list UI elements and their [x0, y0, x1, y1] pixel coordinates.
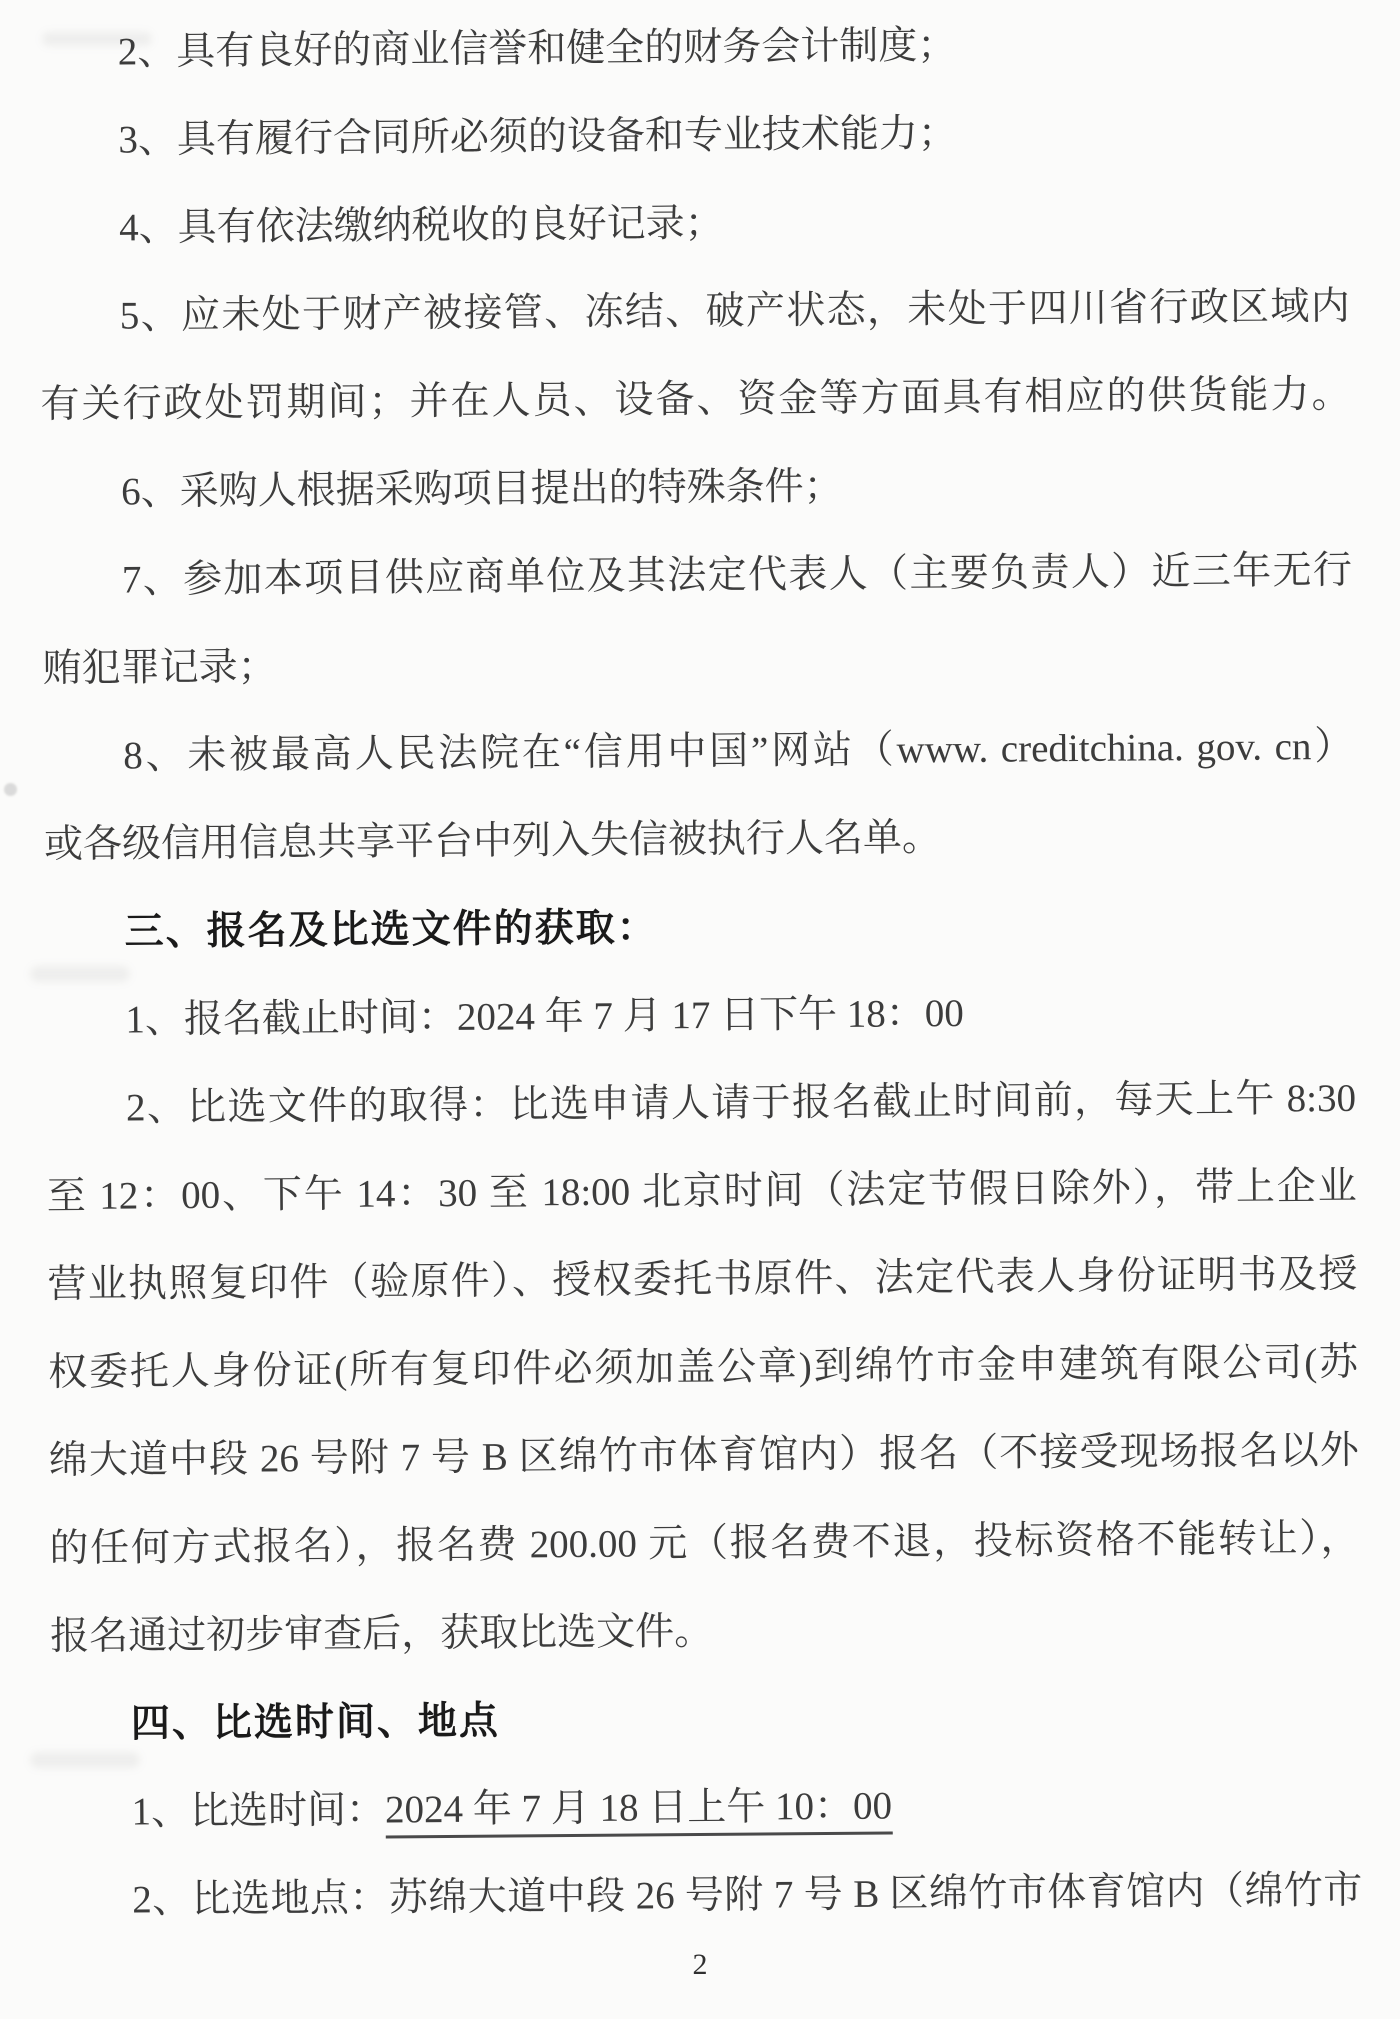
text-segment: 2、具有良好的商业信誉和健全的财务会计制度； [118, 24, 957, 74]
text-line: 8、未被最高人民法院在“信用中国”网站（www. creditchina. go… [43, 703, 1354, 801]
section-4-item-1: 1、比选时间：2024 年 7 月 18 日上午 10：00 [51, 1759, 1362, 1857]
text-segment: 的任何方式报名），报名费 200.00 元（报名费不退，投标资格不能转让）， [49, 1517, 1359, 1570]
text-line: 5、应未处于财产被接管、冻结、破产状态，未处于四川省行政区域内 [39, 263, 1350, 361]
text-segment: 报名通过初步审查后，获取比选文件。 [50, 1610, 713, 1658]
text-segment: 2、比选地点：苏绵大道中段 26 号附 7 号 B 区绵竹市体育馆内（绵竹市 [132, 1869, 1362, 1922]
section-3-item-1: 1、报名截止时间：2024 年 7 月 17 日下午 18：00 [45, 967, 1356, 1065]
underlined-text: 2024 年 7 月 18 日上午 10：00 [385, 1785, 892, 1839]
text-segment: 三、报名及比选文件的获取： [124, 906, 657, 953]
text-line: 的任何方式报名），报名费 200.00 元（报名费不退，投标资格不能转让）， [49, 1495, 1360, 1593]
text-line: 营业执照复印件（验原件）、授权委托书原件、法定代表人身份证明书及授 [47, 1231, 1358, 1329]
text-line: 至 12：00、下午 14：30 至 18:00 北京时间（法定节假日除外），带… [46, 1143, 1357, 1241]
text-segment: 至 12：00、下午 14：30 至 18:00 北京时间（法定节假日除外），带… [47, 1165, 1357, 1218]
text-line: 2、比选地点：苏绵大道中段 26 号附 7 号 B 区绵竹市体育馆内（绵竹市 [52, 1847, 1363, 1945]
text-line: 7、参加本项目供应商单位及其法定代表人（主要负责人）近三年无行 [42, 527, 1353, 625]
text-line: 2、具有良好的商业信誉和健全的财务会计制度； [37, 0, 1348, 97]
text-segment: 1、报名截止时间：2024 年 7 月 17 日下午 18：00 [125, 992, 964, 1042]
text-line: 2、比选文件的取得：比选申请人请于报名截止时间前，每天上午 8:30 [46, 1055, 1357, 1153]
text-line: 3、具有履行合同所必须的设备和专业技术能力； [38, 87, 1349, 185]
condition-item-8: 8、未被最高人民法院在“信用中国”网站（www. creditchina. go… [43, 703, 1354, 889]
text-line: 贿犯罪记录； [42, 615, 1353, 713]
condition-item-6: 6、采购人根据采购项目提出的特殊条件； [41, 439, 1352, 537]
text-line: 1、报名截止时间：2024 年 7 月 17 日下午 18：00 [45, 967, 1356, 1065]
section-4-item-2: 2、比选地点：苏绵大道中段 26 号附 7 号 B 区绵竹市体育馆内（绵竹市 [52, 1847, 1363, 1945]
text-segment: 5、应未处于财产被接管、冻结、破产状态，未处于四川省行政区域内 [120, 285, 1350, 338]
text-line: 4、具有依法缴纳税收的良好记录； [39, 175, 1350, 273]
document-content: 2、具有良好的商业信誉和健全的财务会计制度；3、具有履行合同所必须的设备和专业技… [37, 0, 1362, 1945]
text-line: 或各级信用信息共享平台中列入失信被执行人名单。 [44, 791, 1355, 889]
text-line: 有关行政处罚期间；并在人员、设备、资金等方面具有相应的供货能力。 [40, 351, 1351, 449]
heading-line: 三、报名及比选文件的获取： [44, 879, 1355, 977]
text-line: 6、采购人根据采购项目提出的特殊条件； [41, 439, 1352, 537]
section-3-item-2: 2、比选文件的取得：比选申请人请于报名截止时间前，每天上午 8:30至 12：0… [46, 1055, 1361, 1681]
text-segment: 绵大道中段 26 号附 7 号 B 区绵竹市体育馆内）报名（不接受现场报名以外 [49, 1429, 1359, 1482]
text-segment: 或各级信用信息共享平台中列入失信被执行人名单。 [44, 816, 941, 866]
condition-item-5: 5、应未处于财产被接管、冻结、破产状态，未处于四川省行政区域内有关行政处罚期间；… [39, 263, 1350, 449]
section-3-heading: 三、报名及比选文件的获取： [44, 879, 1355, 977]
text-line: 报名通过初步审查后，获取比选文件。 [50, 1583, 1361, 1681]
page-footer: 2 [0, 1948, 1400, 1982]
heading-line: 四、比选时间、地点 [51, 1671, 1362, 1769]
text-line: 权委托人身份证(所有复印件必须加盖公章)到绵竹市金申建筑有限公司(苏 [48, 1319, 1359, 1417]
condition-item-7: 7、参加本项目供应商单位及其法定代表人（主要负责人）近三年无行贿犯罪记录； [42, 527, 1353, 713]
text-segment: 2、比选文件的取得：比选申请人请于报名截止时间前，每天上午 8:30 [126, 1077, 1356, 1130]
text-segment: 贿犯罪记录； [42, 645, 276, 690]
page-number: 2 [693, 1948, 708, 1981]
condition-item-2: 2、具有良好的商业信誉和健全的财务会计制度； [37, 0, 1348, 97]
text-line: 绵大道中段 26 号附 7 号 B 区绵竹市体育馆内）报名（不接受现场报名以外 [48, 1407, 1359, 1505]
condition-item-4: 4、具有依法缴纳税收的良好记录； [39, 175, 1350, 273]
text-segment: 1、比选时间： [131, 1788, 385, 1833]
text-segment: 8、未被最高人民法院在“信用中国”网站（www. creditchina. go… [123, 725, 1353, 778]
text-segment: 权委托人身份证(所有复印件必须加盖公章)到绵竹市金申建筑有限公司(苏 [48, 1341, 1358, 1394]
text-segment: 四、比选时间、地点 [131, 1700, 500, 1746]
condition-item-3: 3、具有履行合同所必须的设备和专业技术能力； [38, 87, 1349, 185]
text-segment: 7、参加本项目供应商单位及其法定代表人（主要负责人）近三年无行 [122, 549, 1352, 602]
section-4-heading: 四、比选时间、地点 [51, 1671, 1362, 1769]
text-segment: 6、采购人根据采购项目提出的特殊条件； [121, 465, 843, 514]
text-line: 1、比选时间：2024 年 7 月 18 日上午 10：00 [51, 1759, 1362, 1857]
text-segment: 营业执照复印件（验原件）、授权委托书原件、法定代表人身份证明书及授 [47, 1253, 1357, 1306]
text-segment: 4、具有依法缴纳税收的良好记录； [119, 202, 724, 250]
text-segment: 有关行政处罚期间；并在人员、设备、资金等方面具有相应的供货能力。 [40, 373, 1350, 426]
text-segment: 3、具有履行合同所必须的设备和专业技术能力； [118, 112, 957, 162]
scan-artifact [4, 783, 17, 796]
